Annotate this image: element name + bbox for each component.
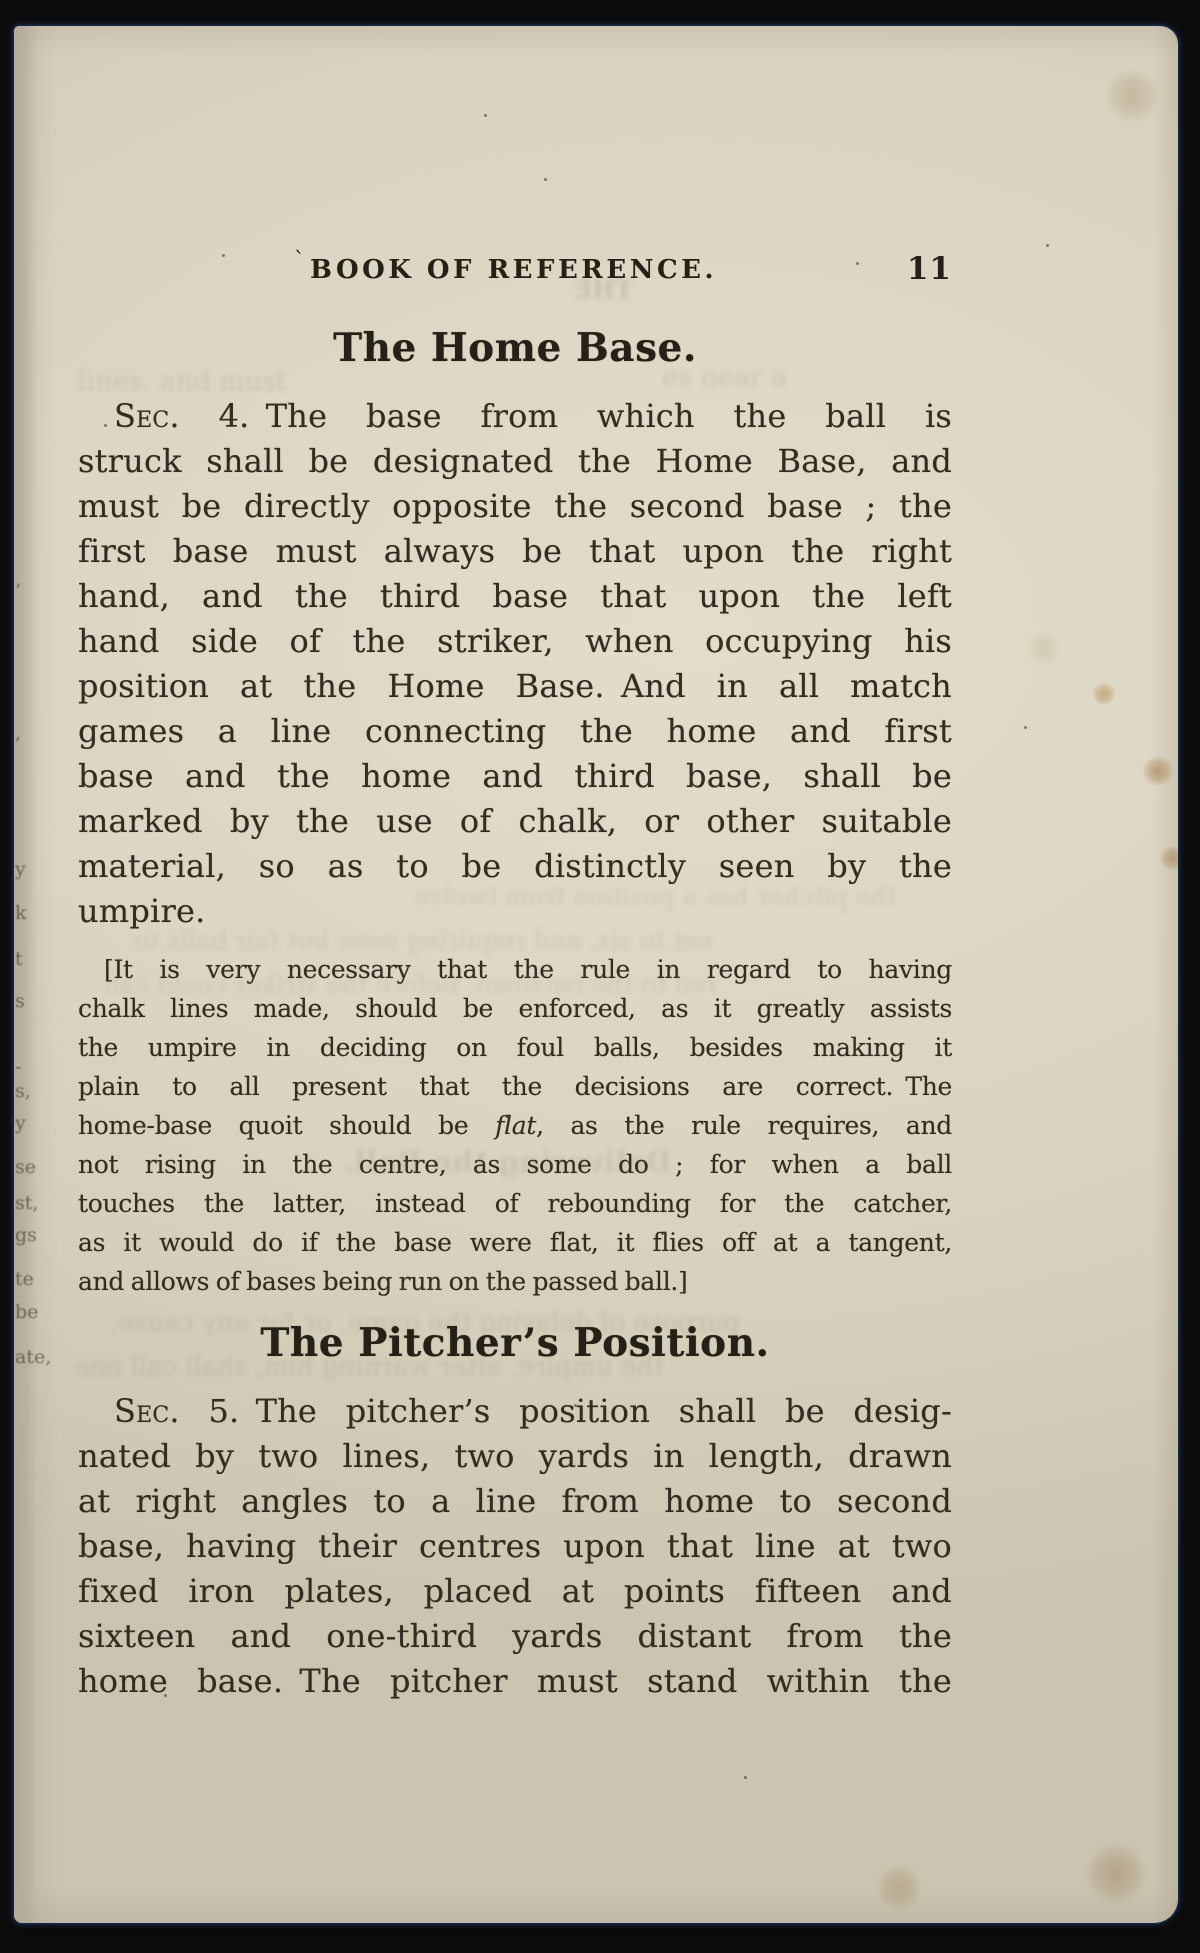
text-run: fixed iron plates, placed at points fift…: [78, 1572, 952, 1610]
text-line: chalk lines made, should be enforced, as…: [78, 989, 952, 1028]
page-number: 11: [907, 251, 952, 287]
small-caps-label: Sec.: [114, 397, 180, 435]
section-heading: The Home Base.: [78, 326, 952, 370]
text-run: hand side of the striker, when occupying…: [78, 622, 952, 660]
edge-text-fragment: se: [15, 1158, 36, 1177]
text-line: base, having their centres upon that lin…: [78, 1524, 952, 1569]
text-run: touches the latter, instead of reboundin…: [78, 1189, 952, 1218]
text-line: struck shall be designated the Home Base…: [78, 439, 952, 484]
text-run: chalk lines made, should be enforced, as…: [78, 994, 952, 1023]
edge-text-fragment: ,: [15, 724, 21, 743]
paragraph: [It is very necessary that the rule in r…: [78, 950, 952, 1301]
text-line: games a line connecting the home and fir…: [78, 709, 952, 754]
text-run: games a line connecting the home and fir…: [78, 712, 952, 750]
edge-text-fragment: -: [15, 1058, 21, 1077]
text-line: not rising in the centre, as some do ; f…: [78, 1145, 952, 1184]
text-run: , as the rule requires, and: [536, 1111, 952, 1140]
text-run: and allows of bases being run on the pas…: [78, 1267, 688, 1296]
edge-text-fragment: ’: [15, 582, 21, 601]
page-edge-strip: ’,ykts-s,ysest,gstebeate,: [14, 26, 38, 1923]
text-run: first base must always be that upon the …: [78, 532, 952, 570]
rule-section: The Home Base.Sec. 4. The base from whic…: [78, 326, 952, 1301]
foxing-stain: [1159, 845, 1178, 871]
edge-text-fragment: t: [15, 950, 23, 969]
text-line: plain to all present that the decisions …: [78, 1067, 952, 1106]
text-run: position at the Home Base. And in all ma…: [78, 667, 952, 705]
text-run: 5. The pitcher’s position shall be desig…: [180, 1392, 952, 1430]
text-line: touches the latter, instead of reboundin…: [78, 1184, 952, 1223]
text-run: [It is very necessary that the rule in r…: [104, 955, 952, 984]
text-column: The Home Base.Sec. 4. The base from whic…: [78, 326, 952, 1704]
text-run: material, so as to be distinctly seen by…: [78, 847, 952, 885]
ink-speck: [544, 178, 547, 181]
rule-section: The Pitcher’s Position.Sec. 5. The pitch…: [78, 1321, 952, 1704]
foxing-stain: [1142, 755, 1174, 787]
text-line: home-base quoit should be flat, as the r…: [78, 1106, 952, 1145]
text-run: at right angles to a line from home to s…: [78, 1482, 952, 1520]
text-run: the umpire in deciding on foul balls, be…: [78, 1033, 952, 1062]
edge-text-fragment: y: [15, 860, 26, 879]
text-line: hand side of the striker, when occupying…: [78, 619, 952, 664]
text-line: the umpire in deciding on foul balls, be…: [78, 1028, 952, 1067]
text-line: and allows of bases being run on the pas…: [78, 1262, 952, 1301]
text-line: marked by the use of chalk, or other sui…: [78, 799, 952, 844]
text-run: plain to all present that the decisions …: [78, 1072, 952, 1101]
foxing-stain: [1084, 1842, 1148, 1906]
text-line: position at the Home Base. And in all ma…: [78, 664, 952, 709]
book-page: ’,ykts-s,ysest,gstebeate, THElines, and …: [14, 26, 1178, 1923]
text-line: nated by two lines, two yards in length,…: [78, 1434, 952, 1479]
foxing-stain: [1092, 682, 1116, 706]
ink-speck: [484, 114, 487, 117]
text-line: [It is very necessary that the rule in r…: [78, 950, 952, 989]
text-line: must be directly opposite the second bas…: [78, 484, 952, 529]
text-line: base and the home and third base, shall …: [78, 754, 952, 799]
section-heading: The Pitcher’s Position.: [78, 1321, 952, 1365]
text-line: as it would do if the base were flat, it…: [78, 1223, 952, 1262]
text-line: umpire.: [78, 889, 952, 934]
foxing-stain: [1104, 68, 1160, 124]
text-run: must be directly opposite the second bas…: [78, 487, 952, 525]
text-line: at right angles to a line from home to s…: [78, 1479, 952, 1524]
foxing-stain: [1026, 630, 1062, 666]
text-line: fixed iron plates, placed at points fift…: [78, 1569, 952, 1614]
text-run: base, having their centres upon that lin…: [78, 1527, 952, 1565]
edge-text-fragment: gs: [15, 1226, 37, 1245]
text-line: first base must always be that upon the …: [78, 529, 952, 574]
edge-text-fragment: k: [15, 904, 27, 923]
foxing-stain: [875, 1864, 923, 1912]
small-caps-label: Sec.: [114, 1392, 180, 1430]
running-title: BOOK OF REFERENCE.: [310, 255, 717, 285]
text-run: base and the home and third base, shall …: [78, 757, 952, 795]
header-tick-mark: `: [294, 249, 305, 274]
text-line: Sec. 5. The pitcher’s position shall be …: [78, 1389, 952, 1434]
text-run: struck shall be designated the Home Base…: [78, 442, 952, 480]
edge-text-fragment: te: [15, 1270, 34, 1289]
italic-word: flat: [495, 1111, 536, 1140]
text-run: as it would do if the base were flat, it…: [78, 1228, 952, 1257]
edge-text-fragment: ate,: [15, 1348, 51, 1367]
text-run: sixteen and one-third yards distant from…: [78, 1617, 952, 1655]
text-run: not rising in the centre, as some do ; f…: [78, 1150, 952, 1179]
text-run: nated by two lines, two yards in length,…: [78, 1437, 952, 1475]
edge-text-fragment: s,: [15, 1082, 31, 1101]
text-run: hand, and the third base that upon the l…: [78, 577, 952, 615]
text-run: home base. The pitcher must stand within…: [78, 1662, 952, 1700]
ink-speck: [1024, 726, 1027, 729]
text-run: home-base quoit should be: [78, 1111, 495, 1140]
text-run: marked by the use of chalk, or other sui…: [78, 802, 952, 840]
text-run: 4. The base from which the ball is: [180, 397, 952, 435]
text-line: home base. The pitcher must stand within…: [78, 1659, 952, 1704]
ink-speck: [744, 1776, 747, 1779]
text-run: umpire.: [78, 892, 205, 930]
scanner-background: ’,ykts-s,ysest,gstebeate, THElines, and …: [0, 0, 1200, 1953]
ink-speck: [1046, 244, 1049, 247]
edge-text-fragment: y: [15, 1114, 26, 1133]
text-line: material, so as to be distinctly seen by…: [78, 844, 952, 889]
text-line: sixteen and one-third yards distant from…: [78, 1614, 952, 1659]
text-line: Sec. 4. The base from which the ball is: [78, 394, 952, 439]
edge-text-fragment: st,: [15, 1194, 38, 1213]
edge-text-fragment: s: [15, 992, 25, 1011]
paragraph: Sec. 5. The pitcher’s position shall be …: [78, 1389, 952, 1704]
paragraph: Sec. 4. The base from which the ball iss…: [78, 394, 952, 934]
text-line: hand, and the third base that upon the l…: [78, 574, 952, 619]
running-header: ` BOOK OF REFERENCE. 11: [78, 255, 952, 293]
edge-text-fragment: be: [15, 1303, 38, 1322]
